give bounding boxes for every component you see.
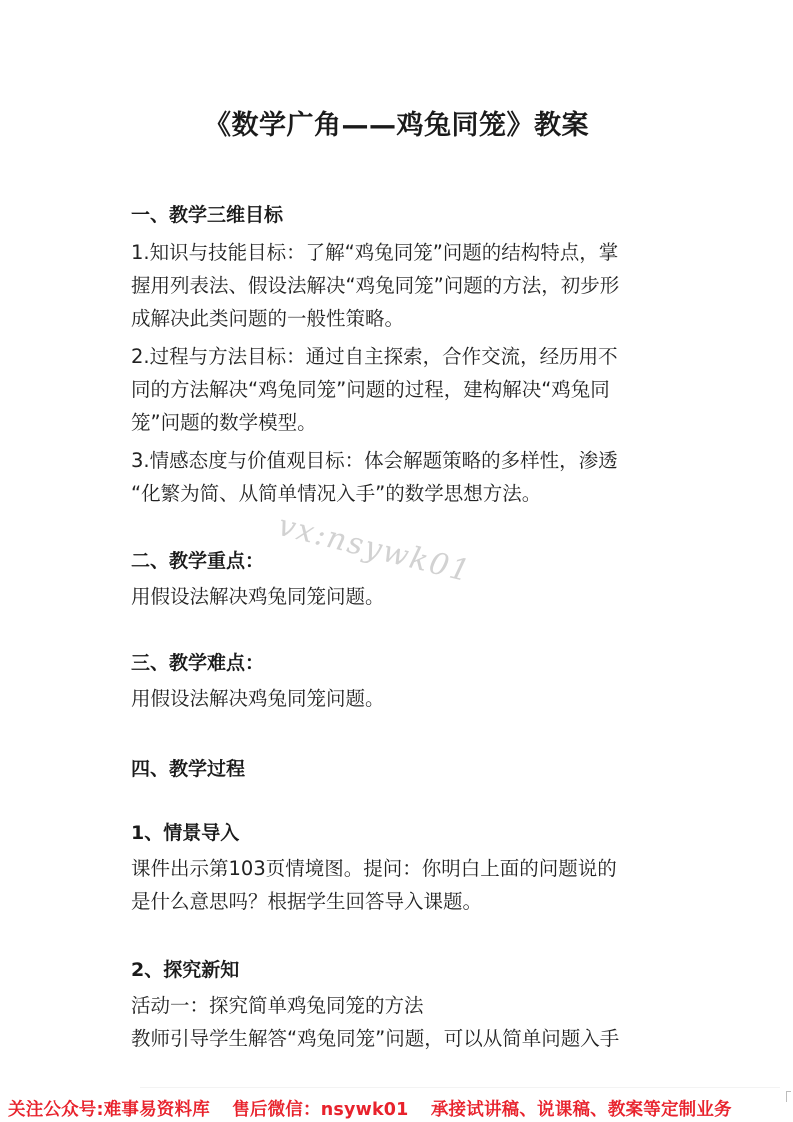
paragraph: 用假设法解决鸡兔同笼问题。 <box>131 580 721 613</box>
paragraph-line: 2.过程与方法目标：通过自主探索，合作交流，经历用不 <box>131 340 721 373</box>
subsection-heading: 1、情景导入 <box>131 818 721 848</box>
promo-footer: 关注公众号:难事易资料库 售后微信：nsywk01 承接试讲稿、说课稿、教案等定… <box>8 1096 793 1121</box>
subsection-introduction: 1、情景导入 课件出示第103页情境图。提问：你明白上面的问题说的 是什么意思吗… <box>131 818 721 918</box>
section-heading: 四、教学过程 <box>131 754 721 784</box>
footer-divider <box>140 1087 780 1088</box>
section-heading: 一、教学三维目标 <box>131 200 721 230</box>
section-heading: 二、教学重点： <box>131 546 721 576</box>
paragraph: 活动一：探究简单鸡兔同笼的方法 <box>131 989 721 1022</box>
paragraph-line: 3.情感态度与价值观目标：体会解题策略的多样性，渗透 <box>131 444 721 477</box>
subsection-explore: 2、探究新知 活动一：探究简单鸡兔同笼的方法 教师引导学生解答“鸡兔同笼”问题，… <box>131 955 721 1055</box>
paragraph-line: 是什么意思吗？根据学生回答导入课题。 <box>131 885 721 918</box>
paragraph-line: 同的方法解决“鸡兔同笼”问题的过程，建构解决“鸡兔同 <box>131 373 721 406</box>
section-teaching-process: 四、教学过程 <box>131 754 721 784</box>
section-difficulties: 三、教学难点： 用假设法解决鸡兔同笼问题。 <box>131 648 721 715</box>
footer-wechat: 售后微信：nsywk01 <box>232 1100 408 1120</box>
paragraph-line: 笼”问题的数学模型。 <box>131 406 721 439</box>
paragraph-line: 握用列表法、假设法解决“鸡兔同笼”问题的方法，初步形 <box>131 269 721 302</box>
document-title: 《数学广角——鸡兔同笼》教案 <box>0 103 793 142</box>
objective-process: 2.过程与方法目标：通过自主探索，合作交流，经历用不 同的方法解决“鸡兔同笼”问… <box>131 340 721 439</box>
paragraph: 用假设法解决鸡兔同笼问题。 <box>131 682 721 715</box>
section-key-points: 二、教学重点： 用假设法解决鸡兔同笼问题。 <box>131 546 721 613</box>
page-corner-mark <box>786 1091 791 1102</box>
paragraph-line: “化繁为简、从简单情况入手”的数学思想方法。 <box>131 477 721 510</box>
objective-knowledge: 1.知识与技能目标：了解“鸡兔同笼”问题的结构特点，掌 握用列表法、假设法解决“… <box>131 236 721 335</box>
paragraph-line: 成解决此类问题的一般性策略。 <box>131 302 721 335</box>
footer-account: 关注公众号:难事易资料库 <box>8 1100 210 1120</box>
document-page: 《数学广角——鸡兔同笼》教案 一、教学三维目标 1.知识与技能目标：了解“鸡兔同… <box>0 0 793 1122</box>
subsection-heading: 2、探究新知 <box>131 955 721 985</box>
paragraph: 教师引导学生解答“鸡兔同笼”问题，可以从简单问题入手 <box>131 1022 721 1055</box>
footer-services: 承接试讲稿、说课稿、教案等定制业务 <box>431 1100 732 1120</box>
objective-attitude: 3.情感态度与价值观目标：体会解题策略的多样性，渗透 “化繁为简、从简单情况入手… <box>131 444 721 510</box>
paragraph-line: 1.知识与技能目标：了解“鸡兔同笼”问题的结构特点，掌 <box>131 236 721 269</box>
section-objectives: 一、教学三维目标 <box>131 200 721 230</box>
section-heading: 三、教学难点： <box>131 648 721 678</box>
paragraph-line: 课件出示第103页情境图。提问：你明白上面的问题说的 <box>131 852 721 885</box>
